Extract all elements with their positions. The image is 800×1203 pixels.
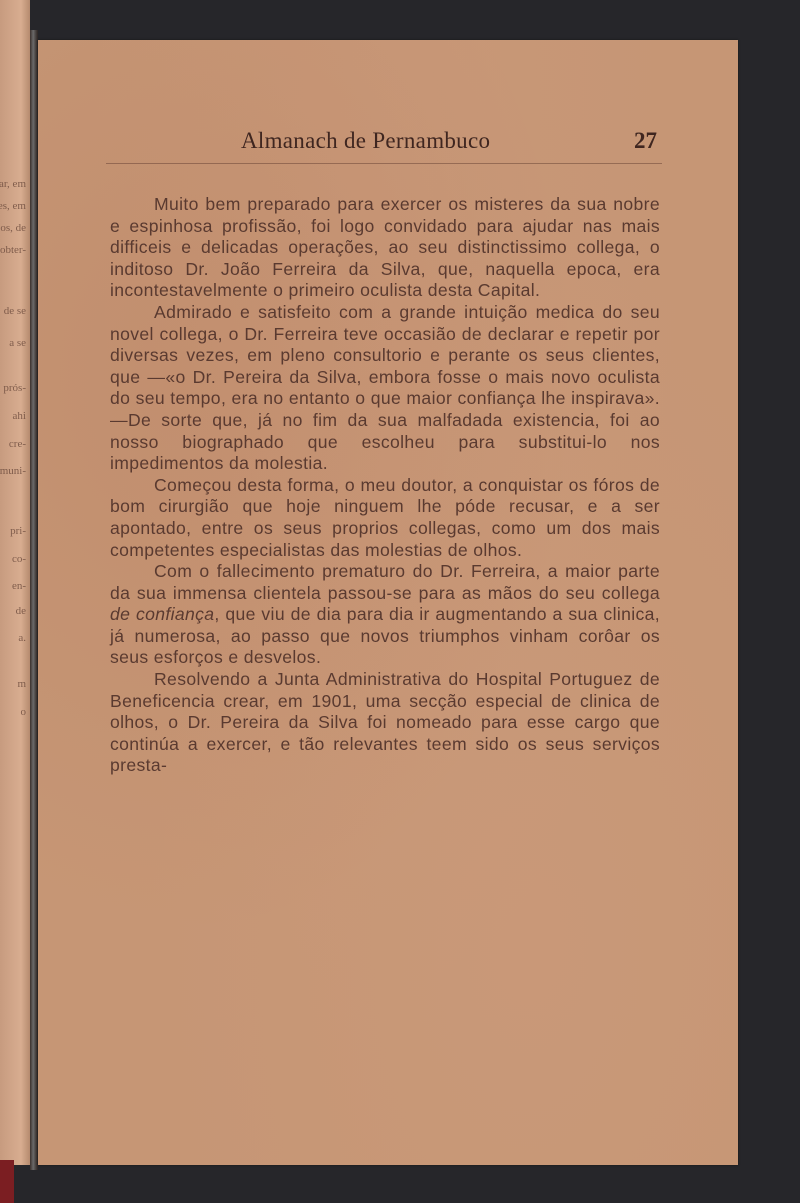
facing-page-text: a. (18, 632, 26, 644)
facing-page-text: pri- (10, 525, 26, 537)
facing-page-text: obter- (0, 244, 26, 256)
running-head-title: Almanach de Pernambuco (241, 128, 490, 154)
paragraph: Começou desta forma, o meu doutor, a con… (110, 475, 660, 561)
header-rule (106, 163, 662, 164)
facing-page-text: o (21, 706, 27, 718)
facing-page-edge: ar, em es, em os, de obter- de se a se p… (0, 0, 30, 1165)
paragraph: Resolvendo a Junta Administrativa do Hos… (110, 669, 660, 777)
paragraph-text: Com o fallecimento prematuro do Dr. Ferr… (110, 561, 660, 603)
facing-page-text: de (16, 605, 26, 617)
book-page: Almanach de Pernambuco 27 Muito bem prep… (38, 40, 738, 1165)
facing-page-text: m (17, 678, 26, 690)
facing-page-text: ahi (13, 410, 26, 422)
paragraph: Admirado e satisfeito com a grande intui… (110, 302, 660, 475)
book-cover-edge (0, 1160, 14, 1203)
facing-page-text: ar, em (0, 178, 26, 190)
facing-page-text: cre- (9, 438, 26, 450)
facing-page-text: co- (12, 553, 26, 565)
facing-page-text: de se (4, 305, 26, 317)
book-spine (30, 30, 38, 1170)
facing-page-text: prós- (3, 382, 26, 394)
running-header: Almanach de Pernambuco 27 (38, 128, 738, 162)
paragraph: Com o fallecimento prematuro do Dr. Ferr… (110, 561, 660, 669)
facing-page-text: os, de (0, 222, 26, 234)
facing-page-text: muni- (0, 465, 26, 477)
italic-phrase: de confiança (110, 604, 214, 624)
paragraph: Muito bem preparado para exercer os mist… (110, 194, 660, 302)
facing-page-text: en- (12, 580, 26, 592)
body-text: Muito bem preparado para exercer os mist… (110, 194, 660, 777)
page-number: 27 (634, 128, 657, 154)
facing-page-text: es, em (0, 200, 26, 212)
facing-page-text: a se (9, 337, 26, 349)
